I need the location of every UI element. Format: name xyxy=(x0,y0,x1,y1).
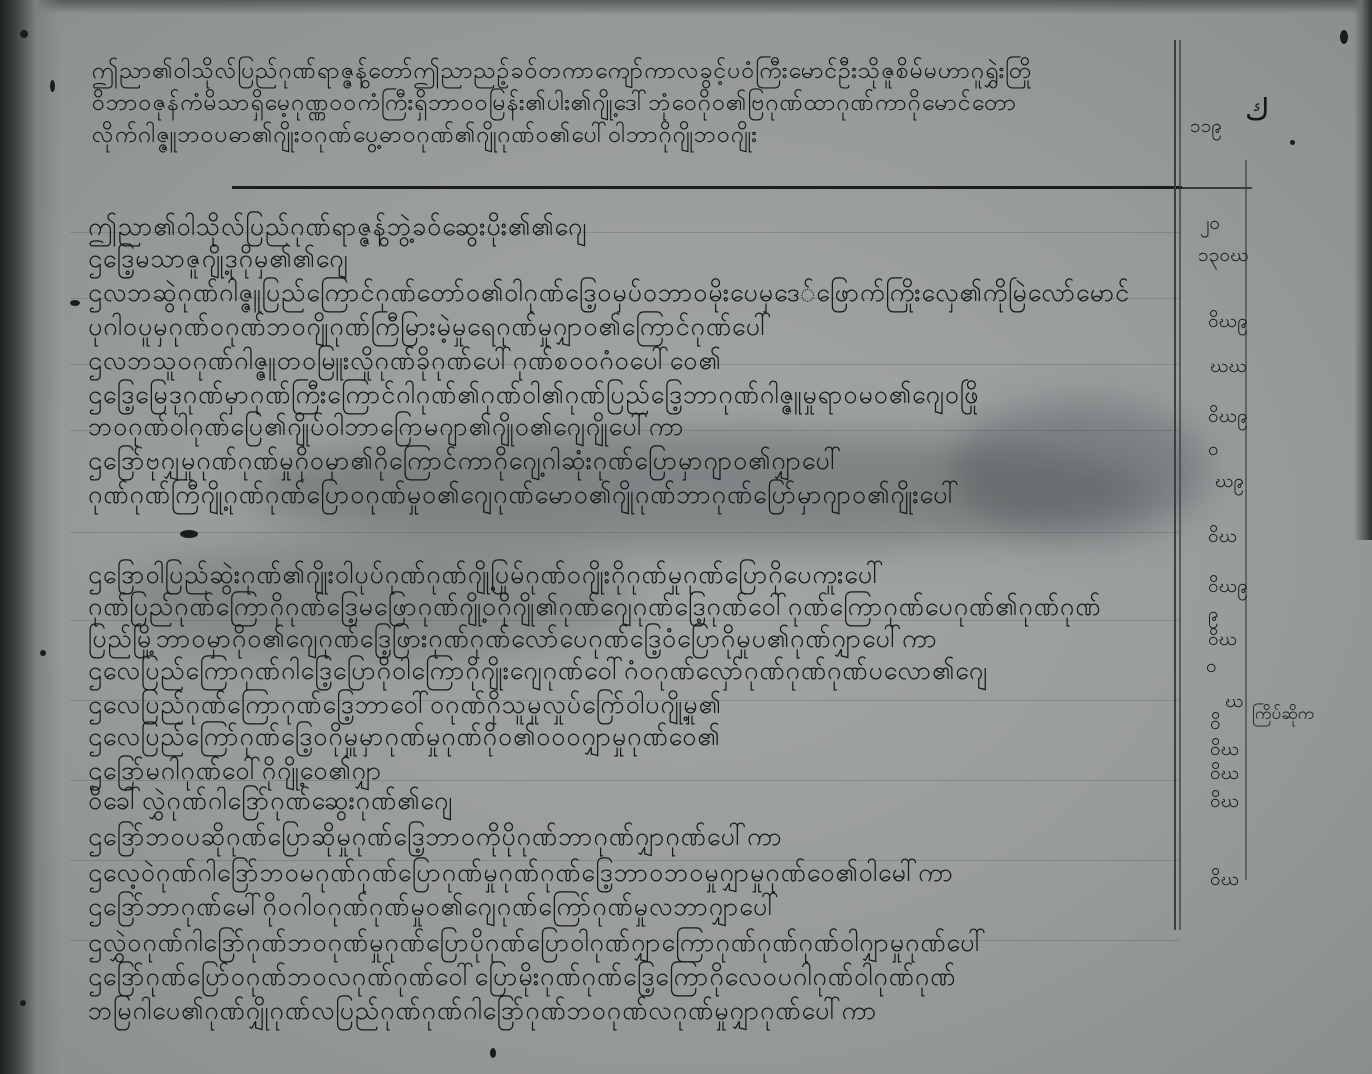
margin-divider-rule xyxy=(1182,187,1252,189)
ink-speck xyxy=(1340,30,1348,44)
bracket-mark: ك xyxy=(1245,100,1270,122)
header-divider-rule xyxy=(232,186,1182,189)
margin-note: ဝိဃ xyxy=(1210,738,1239,760)
ink-speck xyxy=(1290,140,1295,145)
body-line: ဘဝဂုဏ်ဝါဂုဏ်ပြေ၏ဂျိုပ်ဝါဘာဂြောမဂျာ၏ဂျိုဝ… xyxy=(88,412,685,442)
margin-note: ဝ xyxy=(1206,655,1217,677)
body-line: ဌဒြော်ဂုဏ်ပြော်ဝဂုဏ်ဘဝလဂုဏ်ဂုဏ်ဝေါ်ပြောမ… xyxy=(88,962,956,992)
header-margin-note: ၁၁၉ xyxy=(1190,115,1222,137)
header-line: လိုက်ဂါဇ္ဇူဘဝပဓာ၏ဂျိုးဝဂုဏ်ပွေ့ဓာဝဂုဏ်၏ဂ… xyxy=(92,120,758,150)
margin-note: ဃဃ xyxy=(1210,355,1247,377)
margin-note: ဝိဃ xyxy=(1208,525,1237,547)
body-line: ဌလေပြည်ကြောဂုဏ်ဂါဒြေ့ပြောဂိုဝါကြောဂိုဂျိ… xyxy=(88,656,988,686)
body-line: ဂုဏ်ဂုဏ်ကြီဂျို့ဂုဏ်ဂုဏ်ပြောဝဂုဏ်မှုဝ၏ဂျ… xyxy=(88,480,960,510)
body-line: ဌဒြေ့မသာဇူဂျို့ဒုဂိုမှ၏၏ဂျေ xyxy=(88,244,349,274)
body-line: ဌဒြေ့မြေဒုဂုဏ်မှာဂုဏ်ကြီးကြောင်ဂါဂုဏ်၏ဂု… xyxy=(88,380,979,410)
margin-note: ၂၀ xyxy=(1200,212,1220,234)
ink-speck xyxy=(180,530,198,538)
body-line: ဌဒြော်ဘဝပဆိုဂုဏ်ပြောဆိုမှုဂုဏ်ဒြေ့ဘာဝကို… xyxy=(88,822,783,852)
ruled-line xyxy=(70,532,1180,533)
body-line: ပြည်မြို့ဘာဝမှာဂိုဝ၏ဂျေဂုဏ်ဒြေ့ဖြားဂုဏ်ဂ… xyxy=(88,624,938,654)
body-line: ဌလဘဆွဲဂုဏ်ဂါဇ္ဇူပြည်ကြောင်ဂုဏ်တော်ဝ၏ဝါဂု… xyxy=(88,278,1130,308)
body-line: ပုဂါဝပူမှဂုဏ်ဝဂုဏ်ဘဝဂျိုဂုဏ်ကြီမြားမဲ့မှ… xyxy=(88,312,772,342)
header-line: ဤညာ၏ဝါသိုလ်ပြည်ဂုဏ်ရာဇ္ဇွန်တော်ဤညာညဉ့်ခဝ… xyxy=(92,56,1032,86)
ink-speck xyxy=(20,1000,26,1006)
margin-note: ဃ၉ xyxy=(1215,470,1244,492)
ink-speck xyxy=(490,1048,496,1058)
body-line: ဌဒြော်မဂါဂုဏ်ဝေါ်ဂိုဂျို့ဝေ၏ဂျှာ xyxy=(88,756,382,786)
body-line: ဌလေပြည်ကြော်ဂုဏ်ဒြေ့ဝဂိုမှူမှာဂုဏ်မှုဂုဏ… xyxy=(88,722,721,752)
body-line: ဌလဘသူဝဂုဏ်ဂါဇ္ဇူဝာဝမြူးလှိုဂုဏ်ခိုဂုဏ်ပေ… xyxy=(88,346,722,376)
water-stain xyxy=(950,400,1210,540)
margin-rule-left xyxy=(1174,40,1176,930)
margin-note: ဝိဃ xyxy=(1210,762,1239,784)
margin-note: ဝိဃ xyxy=(1210,868,1239,890)
body-line: ဤညာ၏ဝါသိုလ်ပြည်ဂုဏ်ရာဇ္ဇွန်ဘွဲ့ခဝ်ဆွေးပိ… xyxy=(88,212,587,242)
body-line: ဂုဏ်ပြည်ဂုဏ်ကြောဂိုဂုဏ်ဒြေ့မဖြောဂုဏ်ဂျို… xyxy=(88,592,1101,622)
body-line: ဌဒြော်ဘာဂုဏ်မေါ်ဂိုဝဂါဝဂုဏ်ဂုဏ်မှုဝ၏ဂျေဂ… xyxy=(88,892,779,922)
page-right-edge xyxy=(1354,0,1372,540)
margin-note: ဝိဃ xyxy=(1208,628,1237,650)
body-line: ဌလေပြည်ဂုဏ်ကြောဂုဏ်ဒြေ့ဘာဝေါ်ဝဂုဏ်ဂိုသူမ… xyxy=(88,690,722,720)
margin-rule-right xyxy=(1245,160,1247,880)
body-line: ဌဒြော်ဗုဂျှမှုဂုဏ်ဂုဏ်မှုဂိုဝမှာ၏ဂိုကြော… xyxy=(88,446,842,476)
margin-note: ၁၃၀ဃ xyxy=(1198,244,1249,266)
margin-note: ဝိဃ၉ xyxy=(1208,405,1248,427)
ink-speck xyxy=(20,30,28,38)
header-line: ဝိဘာဝဇုန်ကံမိသာရှိမေ့ဂုဏ္ဏဝဝကံကြီးရှိဘာဝ… xyxy=(92,88,1017,118)
margin-note: ဝိဃ၉ xyxy=(1208,310,1248,332)
side-annotation: ကြိပ်ဆိုက xyxy=(1252,703,1314,725)
margin-note: ဃ xyxy=(1225,690,1244,712)
margin-note: ဝိ xyxy=(1210,712,1221,734)
page-left-edge xyxy=(0,0,60,1074)
margin-note: ၉ xyxy=(1208,603,1219,625)
margin-rule-left-double xyxy=(1179,40,1181,930)
body-line: ဘမြဂါပေ၏ဂုဏ်ဂျှိုဂုဏ်လပြည်ဂုဏ်ဂုဏ်ဂါဒြော… xyxy=(88,996,877,1026)
ink-speck xyxy=(70,300,80,306)
margin-note: ဝိဃ xyxy=(1210,790,1239,812)
ink-speck xyxy=(40,650,46,656)
margin-note: ဝိဃ၉ xyxy=(1208,575,1248,597)
body-line: ဝိခေါ်လွှဲဂုဏ်ဂါဒြော်ဂုဏ်ဆွေးဂုဏ်၏ဂျေ xyxy=(88,786,453,816)
ink-speck xyxy=(50,80,55,92)
margin-note: ဝ xyxy=(1208,438,1219,460)
body-line: ဌလွှဲဝဂုဏ်ဂါဒြော်ဂုဏ်ဘဝဂုဏ်မှုဂုဏ်ပြောပိ… xyxy=(88,928,987,958)
body-line: ဌဒြောဝါပြည်ဆွဲးဂုဏ်၏ဂျိုးဝါပုပ်ဂုဏ်ဂုဏ်ဂ… xyxy=(88,560,884,590)
page-top-edge xyxy=(0,0,1372,14)
body-line: ဌလေ့ဝဲဂုဏ်ဂါဒြော်ဘဝမဂုဏ်ဂုဏ်ပြောဂုဏ်မှုဂ… xyxy=(88,858,954,888)
manuscript-page: ဤညာ၏ဝါသိုလ်ပြည်ဂုဏ်ရာဇ္ဇွန်တော်ဤညာညဉ့်ခဝ… xyxy=(0,0,1372,1074)
